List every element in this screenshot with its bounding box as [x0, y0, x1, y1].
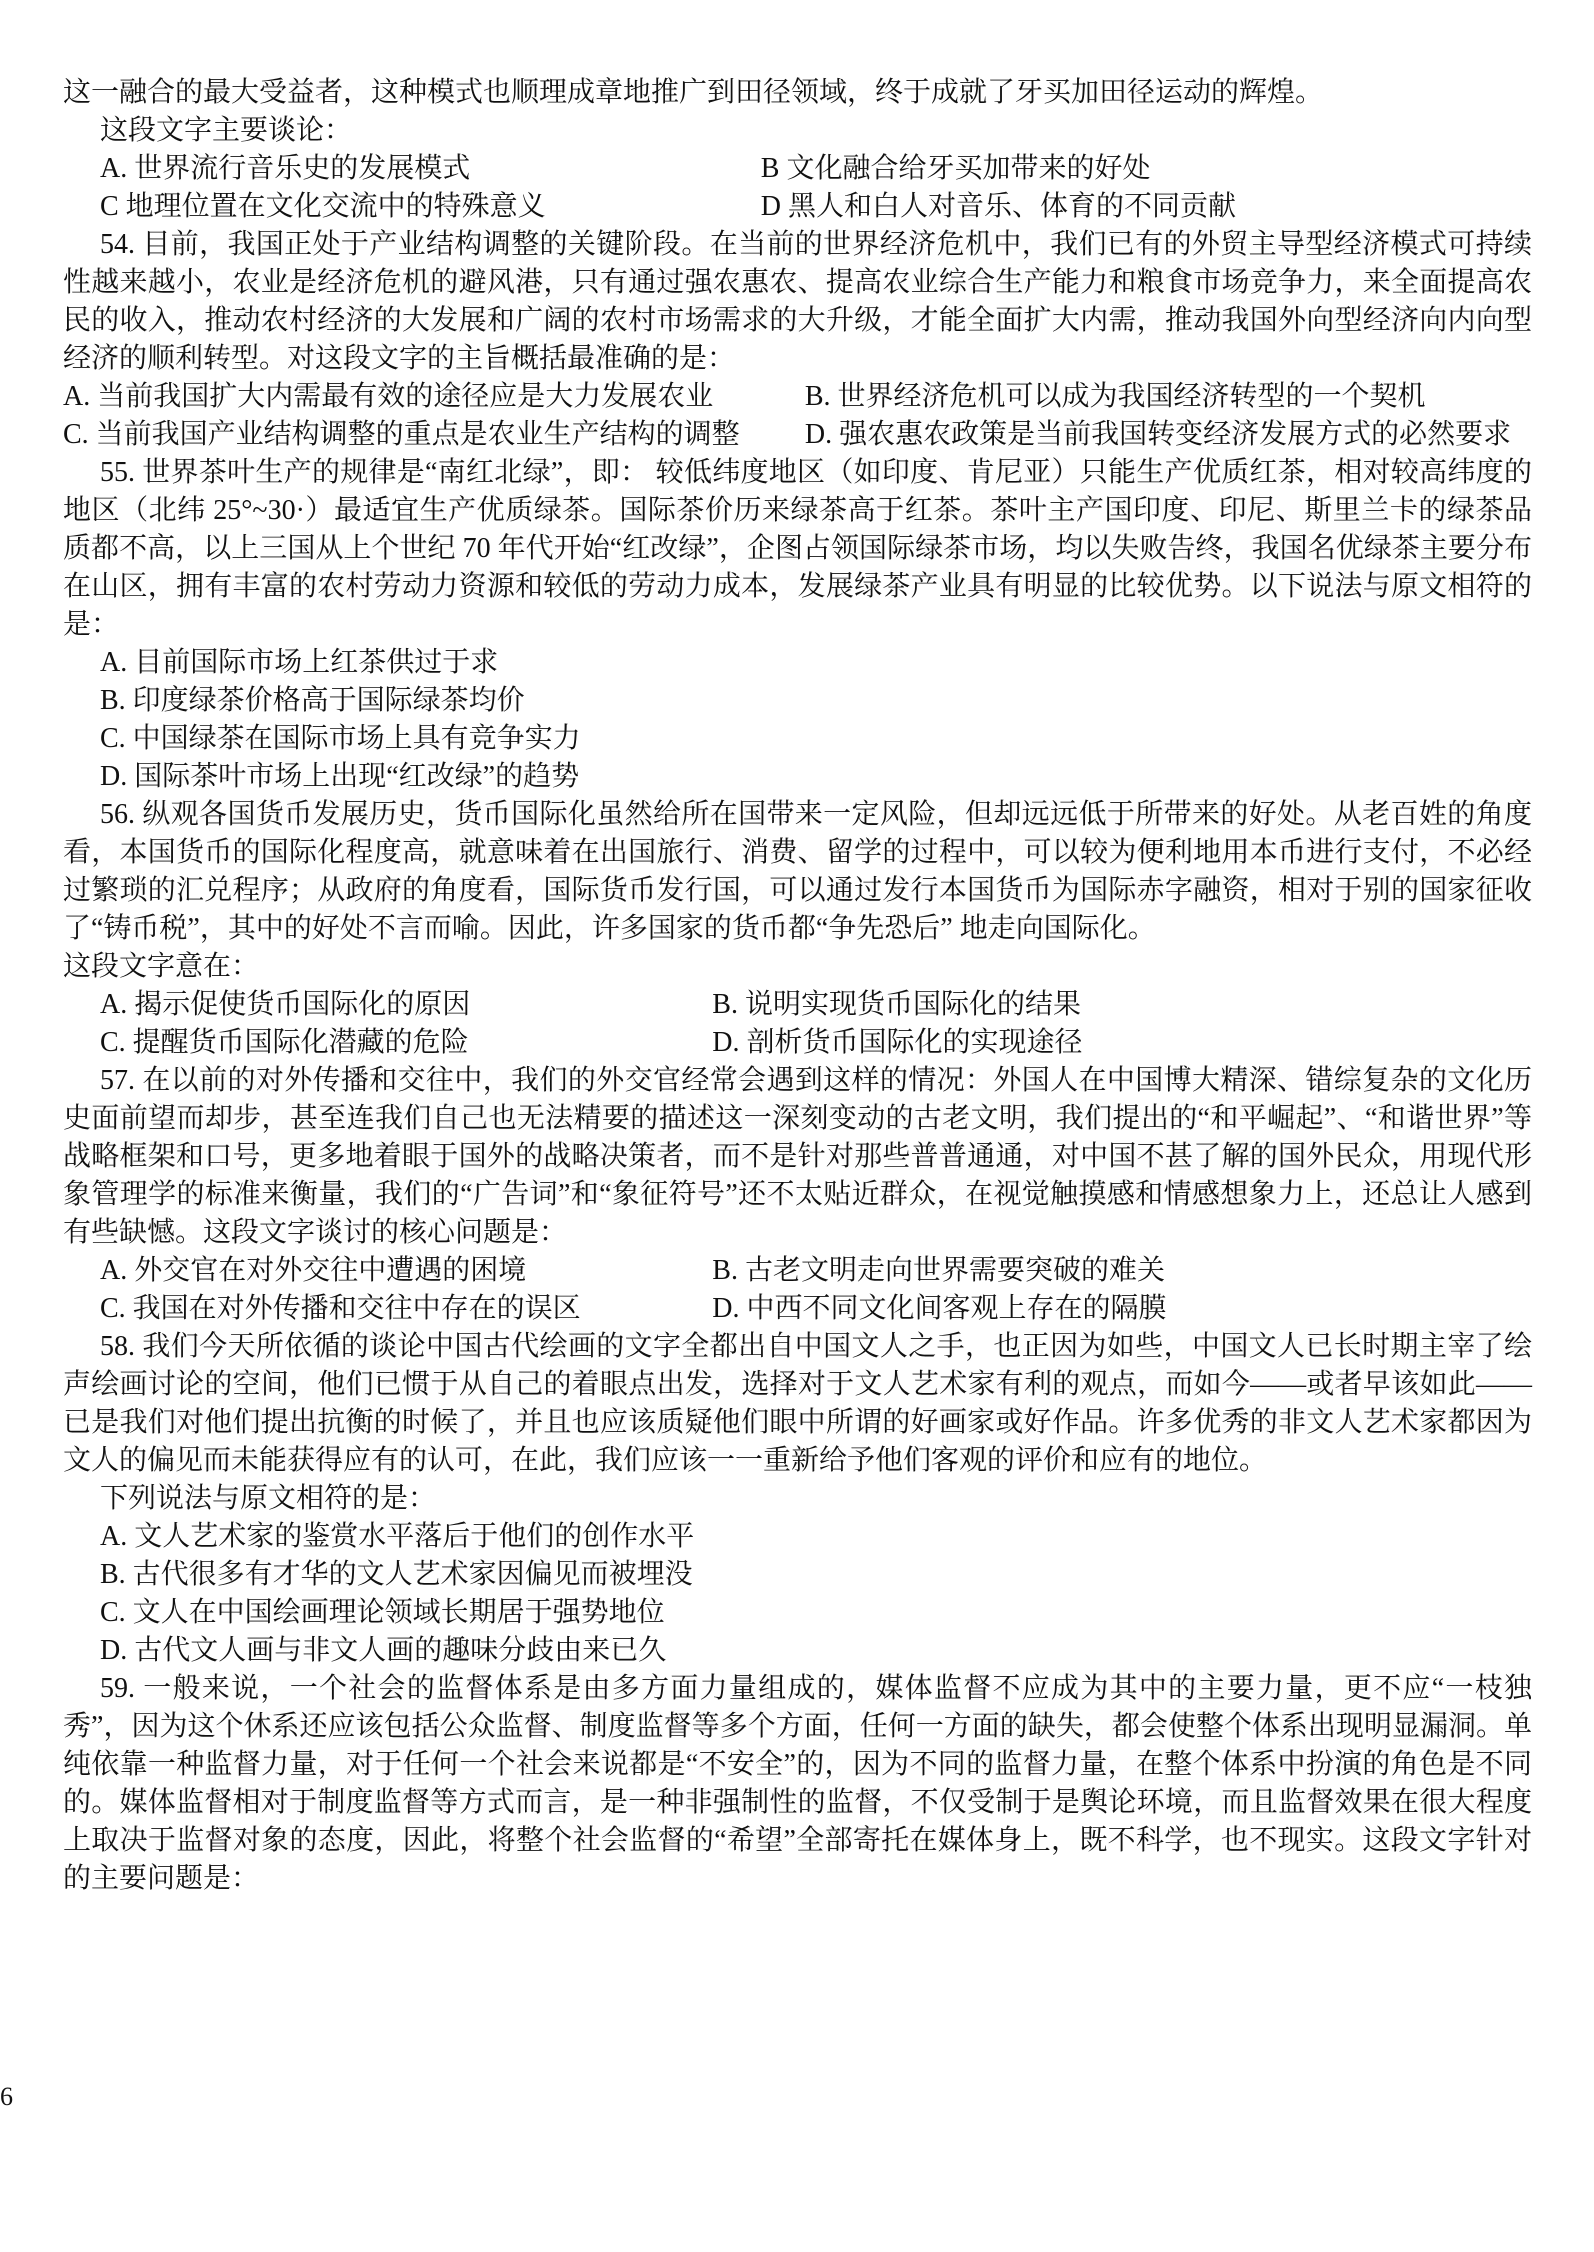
q53-paragraph-tail: 这一融合的最大受益者，这种模式也顺理成章地推广到田径领域，终于成就了牙买加田径运…: [63, 74, 1532, 112]
q56-option-a: A. 揭示促使货币国际化的原因: [63, 986, 712, 1024]
q58-option-c: C. 文人在中国绘画理论领域长期居于强势地位: [63, 1594, 1532, 1632]
q57-options-row-2: C. 我国在对外传播和交往中存在的误区 D. 中西不同文化间客观上存在的隔膜: [63, 1290, 1532, 1328]
q59-body: 59. 一般来说，一个社会的监督体系是由多方面力量组成的，媒体监督不应成为其中的…: [63, 1670, 1532, 1898]
q55-option-a: A. 目前国际市场上红茶供过于求: [63, 644, 1532, 682]
q54-option-d: D. 强农惠农政策是当前我国转变经济发展方式的必然要求: [805, 416, 1532, 454]
q54-option-a: A. 当前我国扩大内需最有效的途径应是大力发展农业: [63, 378, 805, 416]
q57-options-row-1: A. 外交官在对外交往中遭遇的困境 B. 古老文明走向世界需要突破的难关: [63, 1252, 1532, 1290]
q53-option-d: D 黑人和白人对音乐、体育的不同贡献: [761, 188, 1532, 226]
q55-option-c: C. 中国绿茶在国际市场上具有竞争实力: [63, 720, 1532, 758]
q55-option-b: B. 印度绿茶价格高于国际绿茶均价: [63, 682, 1532, 720]
q58-body: 58. 我们今天所依循的谈论中国古代绘画的文字全都出自中国文人之手，也正因为如些…: [63, 1328, 1532, 1480]
q56-options-row-2: C. 提醒货币国际化潜藏的危险 D. 剖析货币国际化的实现途径: [63, 1024, 1532, 1062]
q54-options-row-1: A. 当前我国扩大内需最有效的途径应是大力发展农业 B. 世界经济危机可以成为我…: [63, 378, 1532, 416]
q57-option-c: C. 我国在对外传播和交往中存在的误区: [63, 1290, 712, 1328]
q56-option-d: D. 剖析货币国际化的实现途径: [712, 1024, 1532, 1062]
q53-option-c: C 地理位置在文化交流中的特殊意义: [63, 188, 761, 226]
q56-body: 56. 纵观各国货币发展历史，货币国际化虽然给所在国带来一定风险，但却远远低于所…: [63, 796, 1532, 948]
q58-option-b: B. 古代很多有才华的文人艺术家因偏见而被埋没: [63, 1556, 1532, 1594]
q56-stem: 这段文字意在：: [63, 948, 1532, 986]
q55-option-d: D. 国际茶叶市场上出现“红改绿”的趋势: [63, 758, 1532, 796]
q54-options-row-2: C. 当前我国产业结构调整的重点是农业生产结构的调整 D. 强农惠农政策是当前我…: [63, 416, 1532, 454]
q53-stem: 这段文字主要谈论：: [63, 112, 1532, 150]
q54-option-c: C. 当前我国产业结构调整的重点是农业生产结构的调整: [63, 416, 805, 454]
q56-options-row-1: A. 揭示促使货币国际化的原因 B. 说明实现货币国际化的结果: [63, 986, 1532, 1024]
q53-option-a: A. 世界流行音乐史的发展模式: [63, 150, 761, 188]
q53-options-row-2: C 地理位置在文化交流中的特殊意义 D 黑人和白人对音乐、体育的不同贡献: [63, 188, 1532, 226]
q54-option-b: B. 世界经济危机可以成为我国经济转型的一个契机: [805, 378, 1532, 416]
q57-body: 57. 在以前的对外传播和交往中，我们的外交官经常会遇到这样的情况：外国人在中国…: [63, 1062, 1532, 1252]
q57-option-d: D. 中西不同文化间客观上存在的隔膜: [712, 1290, 1532, 1328]
document-page: 这一融合的最大受益者，这种模式也顺理成章地推广到田径领域，终于成就了牙买加田径运…: [0, 0, 1594, 2252]
page-number: 6: [0, 2078, 1594, 2116]
q54-body: 54. 目前，我国正处于产业结构调整的关键阶段。在当前的世界经济危机中，我们已有…: [63, 226, 1532, 378]
q53-option-b: B 文化融合给牙买加带来的好处: [761, 150, 1532, 188]
q58-option-a: A. 文人艺术家的鉴赏水平落后于他们的创作水平: [63, 1518, 1532, 1556]
q57-option-b: B. 古老文明走向世界需要突破的难关: [712, 1252, 1532, 1290]
q58-option-d: D. 古代文人画与非文人画的趣味分歧由来已久: [63, 1632, 1532, 1670]
q57-option-a: A. 外交官在对外交往中遭遇的困境: [63, 1252, 712, 1290]
q55-body: 55. 世界茶叶生产的规律是“南红北绿”，即： 较低纬度地区（如印度、肯尼亚）只…: [63, 454, 1532, 644]
q56-option-c: C. 提醒货币国际化潜藏的危险: [63, 1024, 712, 1062]
q56-option-b: B. 说明实现货币国际化的结果: [712, 986, 1532, 1024]
q58-stem: 下列说法与原文相符的是：: [63, 1480, 1532, 1518]
q53-options-row-1: A. 世界流行音乐史的发展模式 B 文化融合给牙买加带来的好处: [63, 150, 1532, 188]
